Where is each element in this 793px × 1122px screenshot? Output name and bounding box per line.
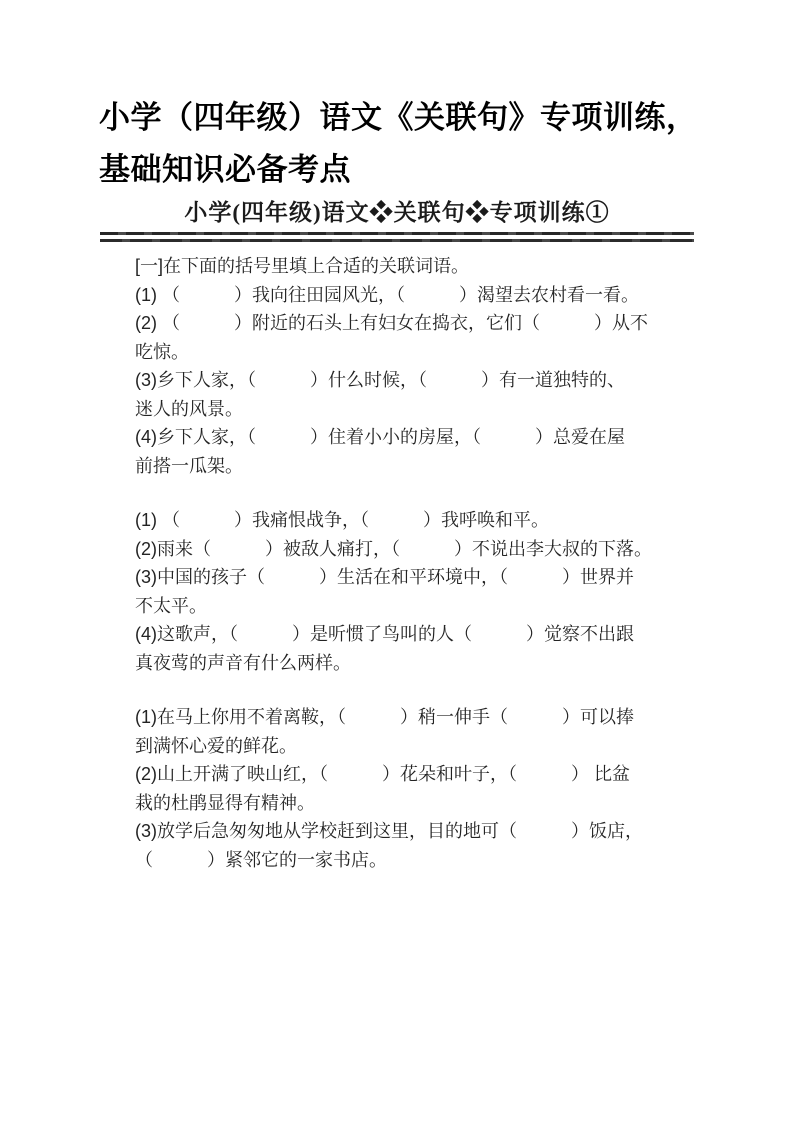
worksheet-line: (4)这歌声，（ ）是听惯了鸟叫的人（ ）觉察不出跟 [135, 620, 680, 649]
worksheet-line: (3)中国的孩子（ ）生活在和平环境中，（ ）世界并 [135, 563, 680, 592]
worksheet-line: 真夜莺的声音有什么两样。 [135, 649, 680, 678]
worksheet-line: (2)雨来（ ）被敌人痛打，（ ）不说出李大叔的下落。 [135, 535, 680, 564]
worksheet-section: (1)在马上你用不着离鞍，（ ）稍一伸手（ ）可以捧到满怀心爱的鲜花。(2)山上… [135, 703, 680, 874]
worksheet-line: (3)乡下人家，（ ）什么时候，（ ）有一道独特的、 [135, 366, 680, 395]
worksheet-line: 不太平。 [135, 592, 680, 621]
worksheet-line: (3)放学后急匆匆地从学校赶到这里，目的地可（ ）饭店， [135, 817, 680, 846]
worksheet-section: (1) （ ）我痛恨战争，（ ）我呼唤和平。(2)雨来（ ）被敌人痛打，（ ）不… [135, 506, 680, 677]
article-heading: 小学（四年级）语文《关联句》专项训练，基础知识必备考点 [99, 92, 721, 196]
worksheet-line: [一]在下面的括号里填上合适的关联词语。 [135, 252, 680, 281]
worksheet-line: 前搭一瓜架。 [135, 452, 680, 481]
worksheet-section: [一]在下面的括号里填上合适的关联词语。(1) （ ）我向往田园风光，（ ）渴望… [135, 252, 680, 480]
worksheet-line: 吃惊。 [135, 338, 680, 367]
worksheet-line: 栽的杜鹃显得有精神。 [135, 789, 680, 818]
worksheet-line: 到满怀心爱的鲜花。 [135, 732, 680, 761]
worksheet-line: 迷人的风景。 [135, 395, 680, 424]
worksheet-line: （ ）紧邻它的一家书店。 [135, 846, 680, 875]
worksheet-body: [一]在下面的括号里填上合适的关联词语。(1) （ ）我向往田园风光，（ ）渴望… [135, 252, 680, 874]
worksheet-scan: 小学(四年级)语文❖关联句❖专项训练① [一]在下面的括号里填上合适的关联词语。… [100, 196, 694, 874]
worksheet-line: (1) （ ）我痛恨战争，（ ）我呼唤和平。 [135, 506, 680, 535]
worksheet-line: (1)在马上你用不着离鞍，（ ）稍一伸手（ ）可以捧 [135, 703, 680, 732]
worksheet-title: 小学(四年级)语文❖关联句❖专项训练① [100, 196, 694, 230]
title-divider [100, 232, 694, 242]
worksheet-line: (2)山上开满了映山红，（ ）花朵和叶子，（ ） 比盆 [135, 760, 680, 789]
worksheet-line: (1) （ ）我向往田园风光，（ ）渴望去农村看一看。 [135, 281, 680, 310]
worksheet-line: (4)乡下人家，（ ）住着小小的房屋，（ ）总爱在屋 [135, 423, 680, 452]
worksheet-line: (2) （ ）附近的石头上有妇女在捣衣，它们（ ）从不 [135, 309, 680, 338]
divider-line-bottom [100, 239, 694, 242]
document-page: 小学（四年级）语文《关联句》专项训练，基础知识必备考点 小学(四年级)语文❖关联… [0, 0, 793, 1122]
divider-line-top [100, 232, 694, 235]
